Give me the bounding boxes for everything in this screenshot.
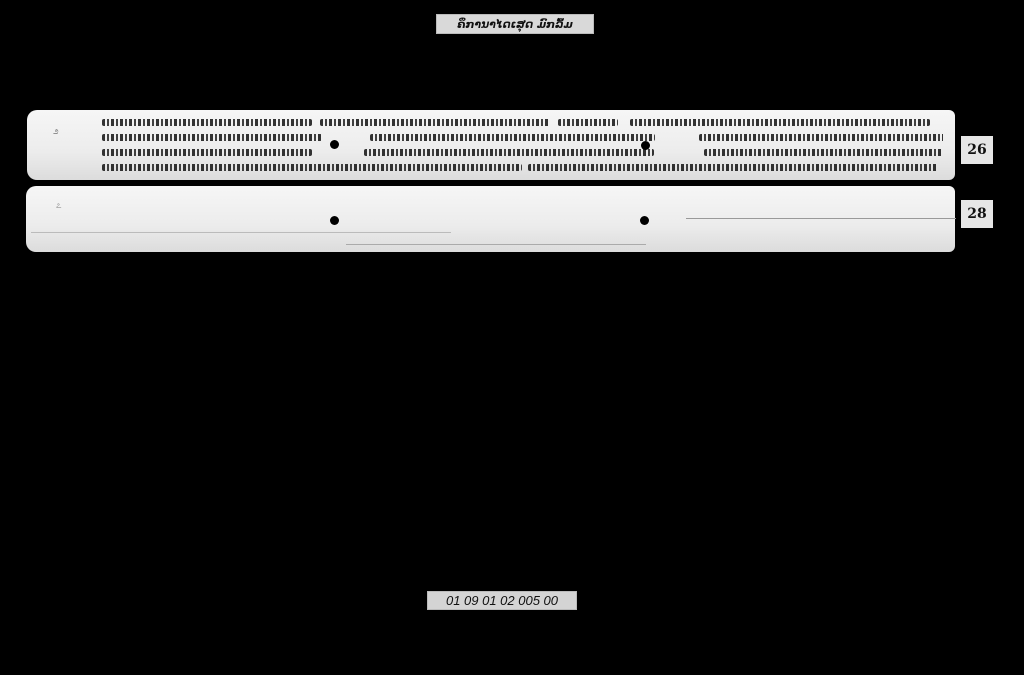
text-line: [102, 130, 943, 144]
text-line: [102, 160, 943, 174]
leaf-crack: [346, 244, 646, 245]
text-line: [102, 145, 943, 159]
palm-leaf-blank: ೭: [26, 186, 955, 252]
manuscript-title-label: ຄຶການາໄດເສຸດ ມົກລົ້ມ: [436, 14, 594, 34]
binding-hole: [330, 140, 339, 149]
inscribed-text-block: [102, 115, 943, 175]
binding-hole: [640, 216, 649, 225]
leaf-crack: [31, 232, 451, 233]
page-number-tag: 26: [961, 136, 993, 164]
leaf-number: ೭: [56, 200, 62, 211]
binding-hole: [641, 141, 650, 150]
catalog-number-label: 01 09 01 02 005 00: [427, 591, 577, 610]
leaf-crack: [686, 218, 956, 219]
leaf-number: ೨: [53, 126, 59, 137]
binding-hole: [330, 216, 339, 225]
text-line: [102, 115, 943, 129]
palm-leaf-inscribed: ೨: [27, 110, 955, 180]
page-number-tag: 28: [961, 200, 993, 228]
